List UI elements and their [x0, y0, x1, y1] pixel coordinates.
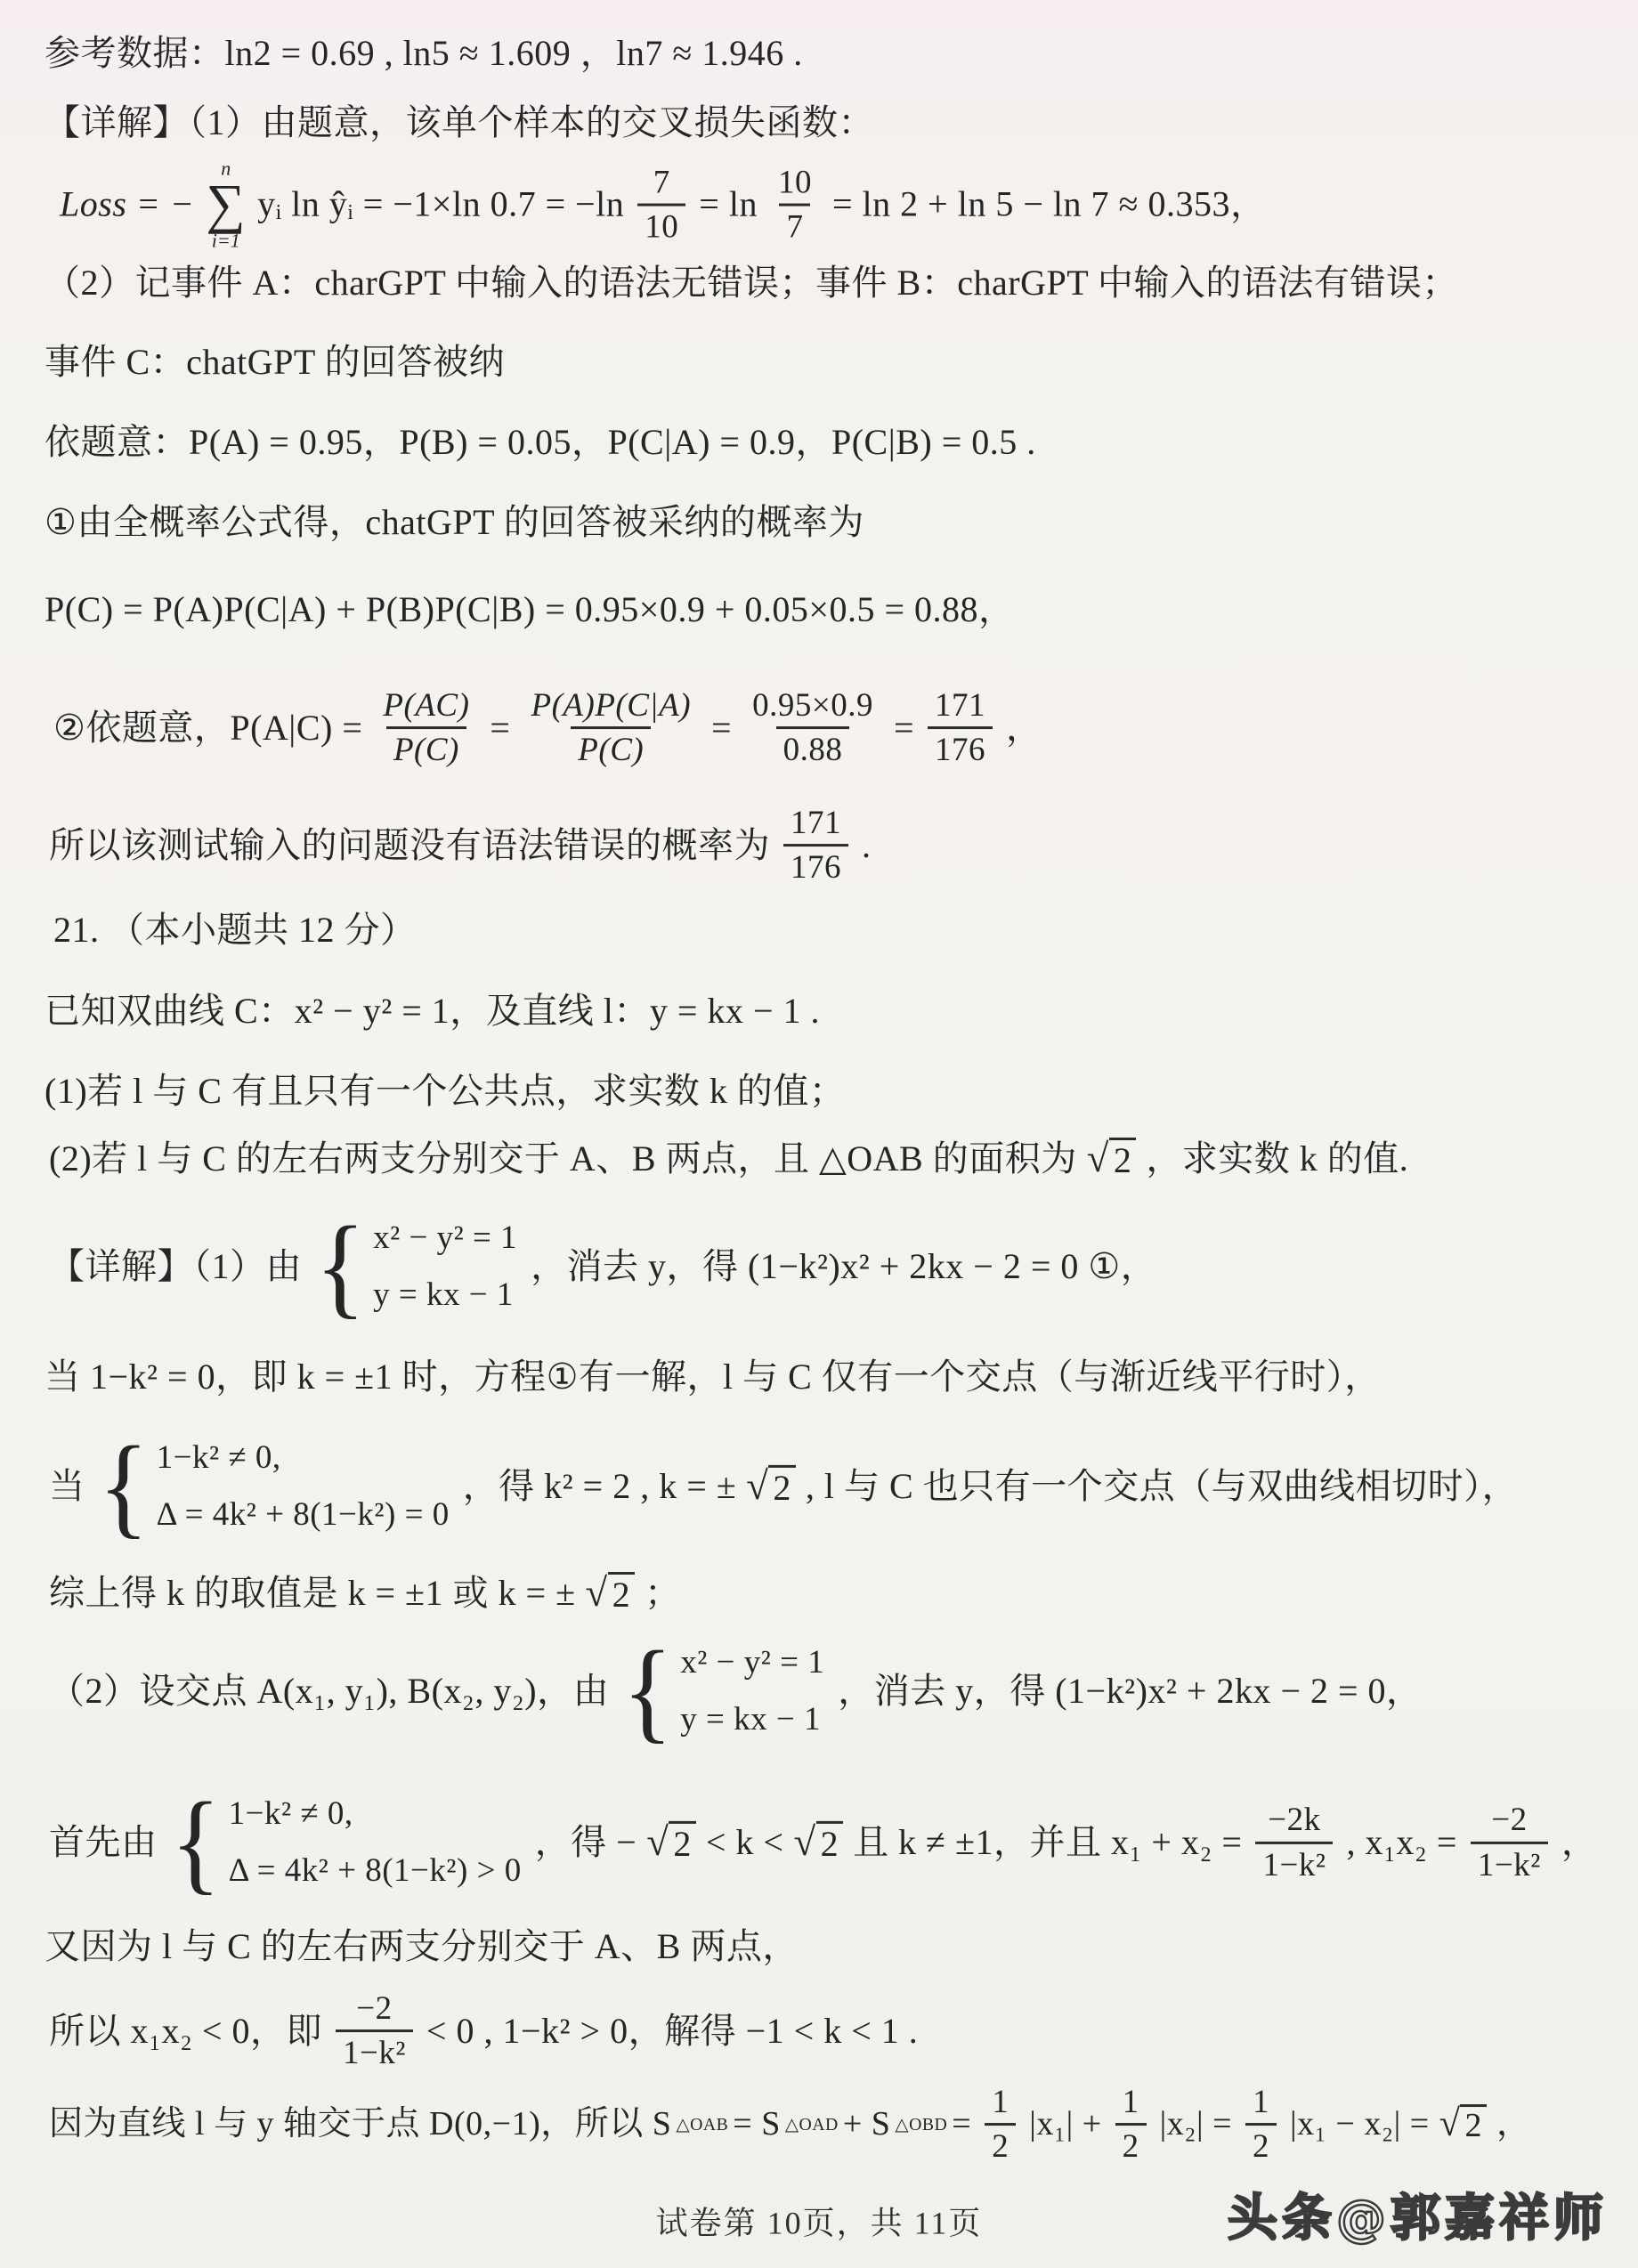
radical-sign: √	[793, 1821, 815, 1863]
total-probability-formula-line: P(C) = P(A)P(C|A) + P(B)P(C|B) = 0.95×0.…	[45, 587, 1015, 633]
problem21-part2-text: (2)若 l 与 C 的左右两支分别交于 A、B 两点，且 △OAB 的面积为	[49, 1136, 1077, 1182]
fraction-one-half: 1 2	[985, 2084, 1016, 2166]
summation-lower-limit: i=1	[212, 231, 240, 250]
conclusion-period: .	[862, 822, 872, 869]
sqrt-radical: √ 2	[1087, 1138, 1137, 1180]
bayes-tail: ，	[1006, 705, 1042, 751]
fraction-numerator: 171	[783, 805, 848, 844]
fraction-numerator: −2	[1484, 1802, 1534, 1841]
events-ab-text: （2）记事件 A：charGPT 中输入的语法无错误；事件 B：charGPT …	[45, 260, 1458, 306]
problem21-part2-tail: ，求实数 k 的值.	[1146, 1136, 1408, 1182]
solution21-step6-tail: ，	[1561, 1819, 1598, 1866]
given-probabilities-text: 依题意：P(A) = 0.95，P(B) = 0.05，P(C|A) = 0.9…	[45, 419, 1036, 466]
event-c-line: 事件 C：chatGPT 的回答被纳	[45, 339, 505, 385]
solution21-step6-mid2: < k <	[706, 1819, 784, 1866]
system-rows: x² − y² = 1 y = kx − 1	[373, 1217, 517, 1316]
fraction-denominator: 7	[779, 203, 810, 245]
problem21-header-text: 21. （本小题共 12 分）	[53, 907, 417, 953]
fraction-numerator: P(AC)	[376, 687, 476, 726]
fraction-numerator: 0.95×0.9	[745, 687, 880, 726]
area-formula-tail: ，	[1496, 2102, 1531, 2146]
system-equation-1: x² − y² = 1	[373, 1217, 517, 1260]
sqrt-radical: √ 2	[1439, 2104, 1487, 2145]
system-condition-2: Δ = 4k² + 8(1−k²) > 0	[229, 1850, 522, 1892]
radical-sign: √	[1087, 1138, 1109, 1179]
fraction-denominator: 176	[928, 727, 993, 769]
total-probability-formula-text: P(C) = P(A)P(C|A) + P(B)P(C|B) = 0.95×0.…	[45, 587, 1015, 633]
solution21-step6-pre: 首先由	[49, 1819, 158, 1866]
system-equation-2: y = kx − 1	[680, 1698, 821, 1741]
fraction-numerator: 171	[928, 687, 993, 726]
fraction-10-7: 10 7	[771, 164, 819, 246]
area-formula-pre: 因为直线 l 与 y 轴交于点 D(0,−1)，所以 S	[49, 2102, 671, 2146]
system-equation-1: x² − y² = 1	[680, 1641, 824, 1684]
fraction-numerator: −2k	[1261, 1802, 1327, 1841]
fraction-denominator: 176	[783, 845, 848, 887]
problem21-given-text: 已知双曲线 C：x² − y² = 1，及直线 l：y = kx − 1 .	[45, 988, 820, 1034]
solution21-step3-tail: , l 与 C 也只有一个交点（与双曲线相切时），	[806, 1463, 1518, 1510]
events-ab-line: （2）记事件 A：charGPT 中输入的语法无错误；事件 B：charGPT …	[45, 260, 1458, 306]
solution21-step6-mid3: 且 k ≠ ±1，并且 x₁ + x₂ =	[853, 1819, 1242, 1866]
system-condition-1: 1−k² ≠ 0,	[229, 1793, 353, 1835]
fraction-7-10: 7 10	[637, 164, 685, 246]
fraction-numerator: 10	[771, 164, 819, 203]
loss-tail: = ln 2 + ln 5 − ln 7 ≈ 0.353，	[832, 182, 1266, 228]
solution21-step1-tail: ，消去 y，得 (1−k²)x² + 2kx − 2 = 0 ①，	[531, 1243, 1156, 1290]
left-brace: {	[622, 1686, 673, 1697]
solution21-step9-line: 因为直线 l 与 y 轴交于点 D(0,−1)，所以 S△OAB = S△OAD…	[45, 2084, 1536, 2166]
solution21-step4-pre: 综上得 k 的取值是 k = ±1 或 k = ±	[49, 1570, 576, 1616]
condition-system: { 1−k² ≠ 0, Δ = 4k² + 8(1−k²) = 0	[99, 1437, 450, 1536]
left-brace: {	[99, 1481, 150, 1493]
radical-sign: √	[746, 1465, 768, 1507]
solution21-step8-line: 所以 x₁x₂ < 0，即 −2 1−k² < 0 , 1−k² > 0，解得 …	[45, 1990, 922, 2072]
reference-data-line: 参考数据：ln2 = 0.69 , ln5 ≈ 1.609 ，ln7 ≈ 1.9…	[45, 30, 803, 77]
left-brace: {	[171, 1837, 222, 1849]
fraction-denominator: 10	[637, 203, 685, 245]
fraction-denominator: 1−k²	[336, 2030, 413, 2072]
area-formula-m3: |x₁ − x₂| =	[1290, 2102, 1430, 2146]
equals-sign: =	[490, 705, 510, 751]
problem21-given-line: 已知双曲线 C：x² − y² = 1，及直线 l：y = kx − 1 .	[45, 988, 820, 1034]
solution21-step3-line: 当 { 1−k² ≠ 0, Δ = 4k² + 8(1−k²) = 0 ，得 k…	[45, 1437, 1522, 1536]
part2-conclusion-line: 所以该测试输入的问题没有语法错误的概率为 171 176 .	[45, 805, 876, 887]
condition-system: { 1−k² ≠ 0, Δ = 4k² + 8(1−k²) > 0	[171, 1793, 522, 1892]
radicand: 2	[1109, 1138, 1137, 1180]
solution-part1-intro: 【详解】（1）由题意，该单个样本的交叉损失函数：	[45, 100, 874, 146]
left-brace: {	[315, 1261, 366, 1273]
fraction-numerator: −2	[349, 1990, 399, 2029]
solution21-step3-mid: ，得 k² = 2 , k = ±	[463, 1463, 737, 1510]
fraction-denominator: P(C)	[571, 727, 651, 769]
solution-part1-intro-text: 【详解】（1）由题意，该单个样本的交叉损失函数：	[45, 100, 874, 146]
system-condition-2: Δ = 4k² + 8(1−k²) = 0	[157, 1494, 450, 1536]
area-formula-eq2: + S	[843, 2102, 891, 2146]
fraction-one-half: 1 2	[1245, 2084, 1277, 2166]
fraction-denominator: 2	[1115, 2124, 1147, 2166]
fraction-one-half: 1 2	[1115, 2084, 1147, 2166]
fraction-denominator: 2	[985, 2124, 1016, 2166]
radicand: 2	[608, 1572, 636, 1615]
solution21-step4-tail: ；	[645, 1570, 681, 1616]
loss-mid2: = ln	[699, 182, 758, 228]
radical-sign: √	[586, 1572, 608, 1614]
solution21-step7-line: 又因为 l 与 C 的左右两支分别交于 A、B 两点，	[45, 1924, 799, 1970]
loss-mid1: yᵢ ln ŷᵢ = −1×ln 0.7 = −ln	[257, 182, 624, 228]
fraction-numerator: 1	[985, 2084, 1016, 2123]
solution21-step6-mid1: ，得 −	[535, 1819, 637, 1866]
radical-sign: √	[646, 1821, 669, 1863]
solution21-step1-pre: 【详解】（1）由	[49, 1243, 302, 1290]
equals-sign: =	[952, 2102, 971, 2146]
radicand: 2	[768, 1465, 796, 1508]
solution21-step2-line: 当 1−k² = 0，即 k = ±1 时，方程①有一解，l 与 C 仅有一个交…	[45, 1354, 1381, 1400]
conclusion-text: 所以该测试输入的问题没有语法错误的概率为	[49, 822, 770, 869]
fraction-denominator: 1−k²	[1255, 1842, 1333, 1883]
event-c-text: 事件 C：chatGPT 的回答被纳	[45, 339, 505, 385]
solution21-step2-text: 当 1−k² = 0，即 k = ±1 时，方程①有一解，l 与 C 仅有一个交…	[45, 1354, 1381, 1400]
fraction-papca-pc: P(A)P(C|A) P(C)	[523, 687, 698, 769]
solution21-step6-mid4: , x₁x₂ =	[1346, 1819, 1456, 1866]
solution21-step3-pre: 当	[49, 1463, 85, 1510]
bayes-lhs: ②依题意，P(A|C) =	[53, 705, 362, 751]
radicand: 2	[816, 1821, 844, 1864]
total-probability-intro-text: ①由全概率公式得，chatGPT 的回答被采纳的概率为	[45, 499, 864, 546]
fraction-product-roots: −2 1−k²	[336, 1990, 413, 2072]
given-probabilities-line: 依题意：P(A) = 0.95，P(B) = 0.05，P(C|A) = 0.9…	[45, 419, 1036, 466]
system-rows: 1−k² ≠ 0, Δ = 4k² + 8(1−k²) > 0	[229, 1793, 522, 1892]
radical-sign: √	[1439, 2104, 1461, 2144]
problem21-part1-text: (1)若 l 与 C 有且只有一个公共点，求实数 k 的值；	[45, 1068, 845, 1114]
fraction-denominator: 1−k²	[1471, 1842, 1548, 1883]
fraction-denominator: 0.88	[776, 727, 850, 769]
solution21-step8-pre: 所以 x₁x₂ < 0，即	[49, 2008, 322, 2054]
scanned-exam-page: 参考数据：ln2 = 0.69 , ln5 ≈ 1.609 ，ln7 ≈ 1.9…	[0, 0, 1638, 2268]
total-probability-intro-line: ①由全概率公式得，chatGPT 的回答被采纳的概率为	[45, 499, 864, 546]
radicand: 2	[1460, 2104, 1487, 2145]
equals-sign: =	[894, 705, 914, 751]
fraction-product-roots: −2 1−k²	[1471, 1802, 1548, 1883]
fraction-numeric: 0.95×0.9 0.88	[745, 687, 880, 769]
sqrt-radical: √ 2	[793, 1821, 843, 1864]
solution21-step5-pre: （2）设交点 A(x₁, y₁), B(x₂, y₂)，由	[49, 1668, 609, 1714]
loss-lhs: Loss = −	[60, 182, 194, 228]
sigma-symbol: ∑	[206, 179, 246, 231]
fraction-denominator: P(C)	[386, 727, 466, 769]
fraction-denominator: 2	[1245, 2124, 1277, 2166]
system-condition-1: 1−k² ≠ 0,	[157, 1437, 281, 1479]
solution21-step4-line: 综上得 k 的取值是 k = ±1 或 k = ± √ 2 ；	[45, 1570, 685, 1616]
system-equation-2: y = kx − 1	[373, 1274, 514, 1316]
fraction-numerator: 1	[1245, 2084, 1277, 2123]
bayes-formula-line: ②依题意，P(A|C) = P(AC) P(C) = P(A)P(C|A) P(…	[49, 687, 1047, 769]
fraction-numerator: P(A)P(C|A)	[523, 687, 698, 726]
fraction-numerator: 7	[646, 164, 677, 203]
problem21-header: 21. （本小题共 12 分）	[53, 907, 417, 953]
loss-formula-line: Loss = − n ∑ i=1 yᵢ ln ŷᵢ = −1×ln 0.7 = …	[55, 159, 1270, 251]
summation-operator: n ∑ i=1	[206, 159, 246, 251]
problem21-part2-line: (2)若 l 与 C 的左右两支分别交于 A、B 两点，且 △OAB 的面积为 …	[45, 1136, 1413, 1182]
area-formula-m2: |x₂| =	[1160, 2102, 1232, 2146]
sqrt-radical: √ 2	[586, 1572, 636, 1615]
system-rows: 1−k² ≠ 0, Δ = 4k² + 8(1−k²) = 0	[157, 1437, 450, 1536]
sqrt-radical: √ 2	[746, 1465, 796, 1508]
solution21-step5-line: （2）设交点 A(x₁, y₁), B(x₂, y₂)，由 { x² − y² …	[45, 1641, 1427, 1741]
solution21-step8-tail: < 0 , 1−k² > 0，解得 −1 < k < 1 .	[426, 2008, 918, 2054]
toutiao-watermark: 头条@郭嘉祥师	[1228, 2179, 1608, 2250]
equation-system: { x² − y² = 1 y = kx − 1	[622, 1641, 824, 1741]
solution21-step7-text: 又因为 l 与 C 的左右两支分别交于 A、B 两点，	[45, 1924, 799, 1970]
radicand: 2	[669, 1821, 696, 1864]
fraction-171-176: 171 176	[928, 687, 993, 769]
fraction-pac-pc: P(AC) P(C)	[376, 687, 476, 769]
area-formula-m1: |x₁| +	[1029, 2102, 1101, 2146]
sqrt-radical: √ 2	[646, 1821, 696, 1864]
area-formula-eq1: = S	[733, 2102, 781, 2146]
solution21-step6-line: 首先由 { 1−k² ≠ 0, Δ = 4k² + 8(1−k²) > 0 ，得…	[45, 1793, 1602, 1892]
equation-system: { x² − y² = 1 y = kx − 1	[315, 1217, 517, 1316]
solution21-step1-line: 【详解】（1）由 { x² − y² = 1 y = kx − 1 ，消去 y，…	[45, 1217, 1161, 1316]
reference-data-text: 参考数据：ln2 = 0.69 , ln5 ≈ 1.609 ，ln7 ≈ 1.9…	[45, 30, 803, 77]
page-number-text: 试卷第 10页，共 11页	[656, 2206, 983, 2241]
fraction-171-176: 171 176	[783, 805, 848, 887]
fraction-sum-roots: −2k 1−k²	[1255, 1802, 1333, 1883]
fraction-numerator: 1	[1115, 2084, 1147, 2123]
watermark-text: 头条@郭嘉祥师	[1228, 2190, 1608, 2248]
solution21-step5-tail: ，消去 y，得 (1−k²)x² + 2kx − 2 = 0，	[838, 1668, 1422, 1714]
system-rows: x² − y² = 1 y = kx − 1	[680, 1641, 824, 1741]
equals-sign: =	[711, 705, 732, 751]
problem21-part1-line: (1)若 l 与 C 有且只有一个公共点，求实数 k 的值；	[45, 1068, 845, 1114]
